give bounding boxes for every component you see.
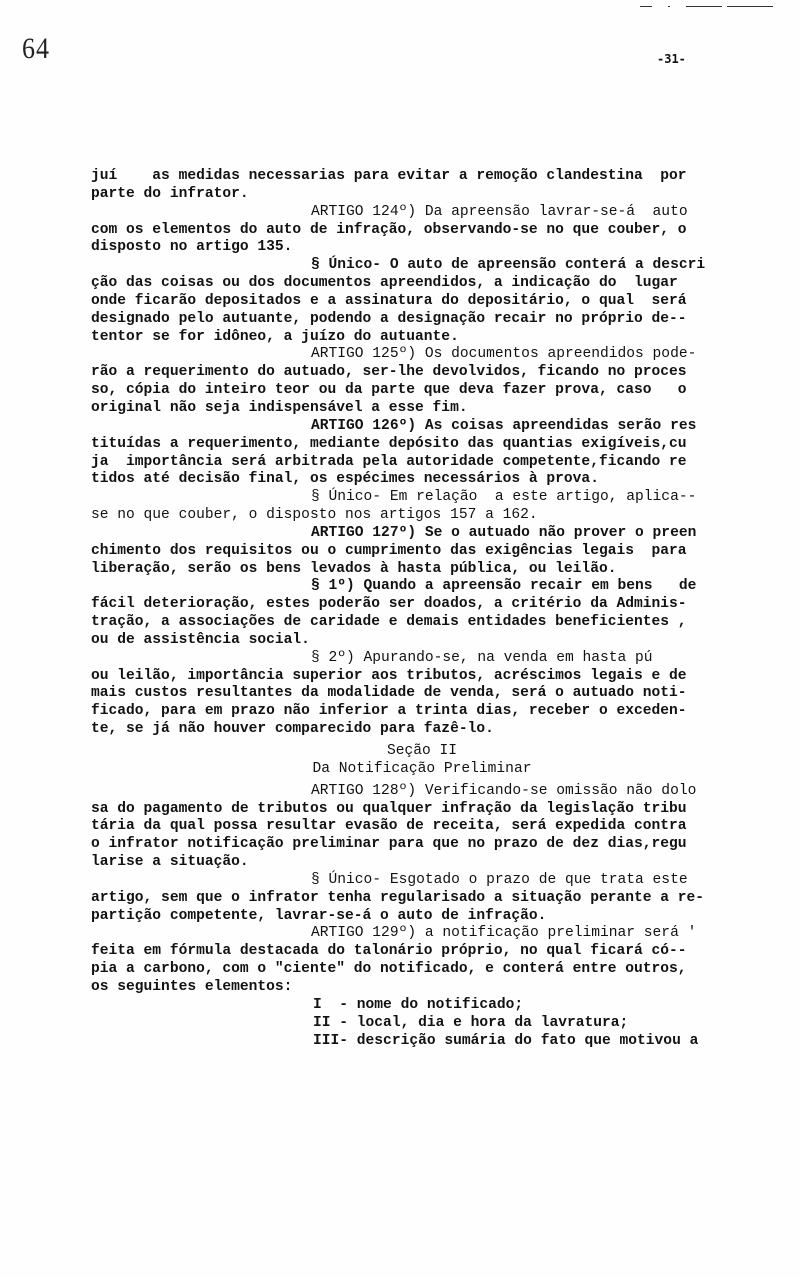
body-line: designado pelo autuante, podendo a desig… <box>91 311 713 329</box>
body-line: tentor se for idôneo, a juízo do autuant… <box>91 329 713 347</box>
body-line: se no que couber, o disposto nos artigos… <box>91 507 713 525</box>
section-subtitle: Da Notificação Preliminar <box>91 761 713 779</box>
body-line: partição competente, lavrar-se-á o auto … <box>91 908 713 926</box>
body-line: chimento dos requisitos ou o cumprimento… <box>91 543 713 561</box>
body-line: pia a carbono, com o "ciente" do notific… <box>91 961 713 979</box>
body-line: feita em fórmula destacada do talonário … <box>91 943 713 961</box>
document-body: juí as medidas necessarias para evitar a… <box>91 168 713 1050</box>
article-heading-129: ARTIGO 129º) a notificação preliminar se… <box>91 925 713 943</box>
body-line: te, se já não houver comparecido para fa… <box>91 721 713 739</box>
body-line: disposto no artigo 135. <box>91 239 713 257</box>
body-line: ou de assistência social. <box>91 632 713 650</box>
enumerated-item-2: II - local, dia e hora da lavratura; <box>91 1015 713 1033</box>
body-line: sa do pagamento de tributos ou qualquer … <box>91 801 713 819</box>
enumerated-item-1: I - nome do notificado; <box>91 997 713 1015</box>
paragraph-heading: § Único- Esgotado o prazo de que trata e… <box>91 872 713 890</box>
body-line: ou leilão, importância superior aos trib… <box>91 668 713 686</box>
body-line: tária da qual possa resultar evasão de r… <box>91 818 713 836</box>
body-line: fácil deterioração, estes poderão ser do… <box>91 596 713 614</box>
body-line: os seguintes elementos: <box>91 979 713 997</box>
body-line: tituídas a requerimento, mediante depósi… <box>91 436 713 454</box>
body-line: tração, a associações de caridade e dema… <box>91 614 713 632</box>
article-heading-127: ARTIGO 127º) Se o autuado não prover o p… <box>91 525 713 543</box>
folio-number: 64 <box>22 32 50 67</box>
body-line: artigo, sem que o infrator tenha regular… <box>91 890 713 908</box>
body-line: ja importância será arbitrada pela autor… <box>91 454 713 472</box>
body-line: rão a requerimento do autuado, ser-lhe d… <box>91 364 713 382</box>
article-heading-125: ARTIGO 125º) Os documentos apreendidos p… <box>91 346 713 364</box>
scan-edge-mark <box>668 6 670 7</box>
paragraph-heading: § 2º) Apurando-se, na venda em hasta pú <box>91 650 713 668</box>
paragraph-heading: § 1º) Quando a apreensão recair em bens … <box>91 578 713 596</box>
body-line: ção das coisas ou dos documentos apreend… <box>91 275 713 293</box>
body-line: onde ficarão depositados e a assinatura … <box>91 293 713 311</box>
scan-edge-mark <box>686 6 722 7</box>
scan-edge-mark <box>727 6 773 7</box>
paragraph-heading: § Único- O auto de apreensão conterá a d… <box>91 257 713 275</box>
body-line: parte do infrator. <box>91 186 713 204</box>
body-line: liberação, serão os bens levados à hasta… <box>91 561 713 579</box>
body-line: com os elementos do auto de infração, ob… <box>91 222 713 240</box>
page-number: -31- <box>657 52 686 66</box>
body-line: tidos até decisão final, os espécimes ne… <box>91 471 713 489</box>
article-heading-128: ARTIGO 128º) Verificando-se omissão não … <box>91 783 713 801</box>
paragraph-heading: § Único- Em relação a este artigo, aplic… <box>91 489 713 507</box>
body-line: juí as medidas necessarias para evitar a… <box>91 168 713 186</box>
section-title: Seção II <box>91 743 713 761</box>
body-line: larise a situação. <box>91 854 713 872</box>
body-line: ficado, para em prazo não inferior a tri… <box>91 703 713 721</box>
body-line: o infrator notificação preliminar para q… <box>91 836 713 854</box>
body-line: original não seja indispensável a esse f… <box>91 400 713 418</box>
scan-edge-mark <box>640 6 652 7</box>
article-heading-126: ARTIGO 126º) As coisas apreendidas serão… <box>91 418 713 436</box>
enumerated-item-3: III- descrição sumária do fato que motiv… <box>91 1033 713 1051</box>
article-heading-124: ARTIGO 124º) Da apreensão lavrar-se-á au… <box>91 204 713 222</box>
body-line: so, cópia do inteiro teor ou da parte qu… <box>91 382 713 400</box>
body-line: mais custos resultantes da modalidade de… <box>91 685 713 703</box>
